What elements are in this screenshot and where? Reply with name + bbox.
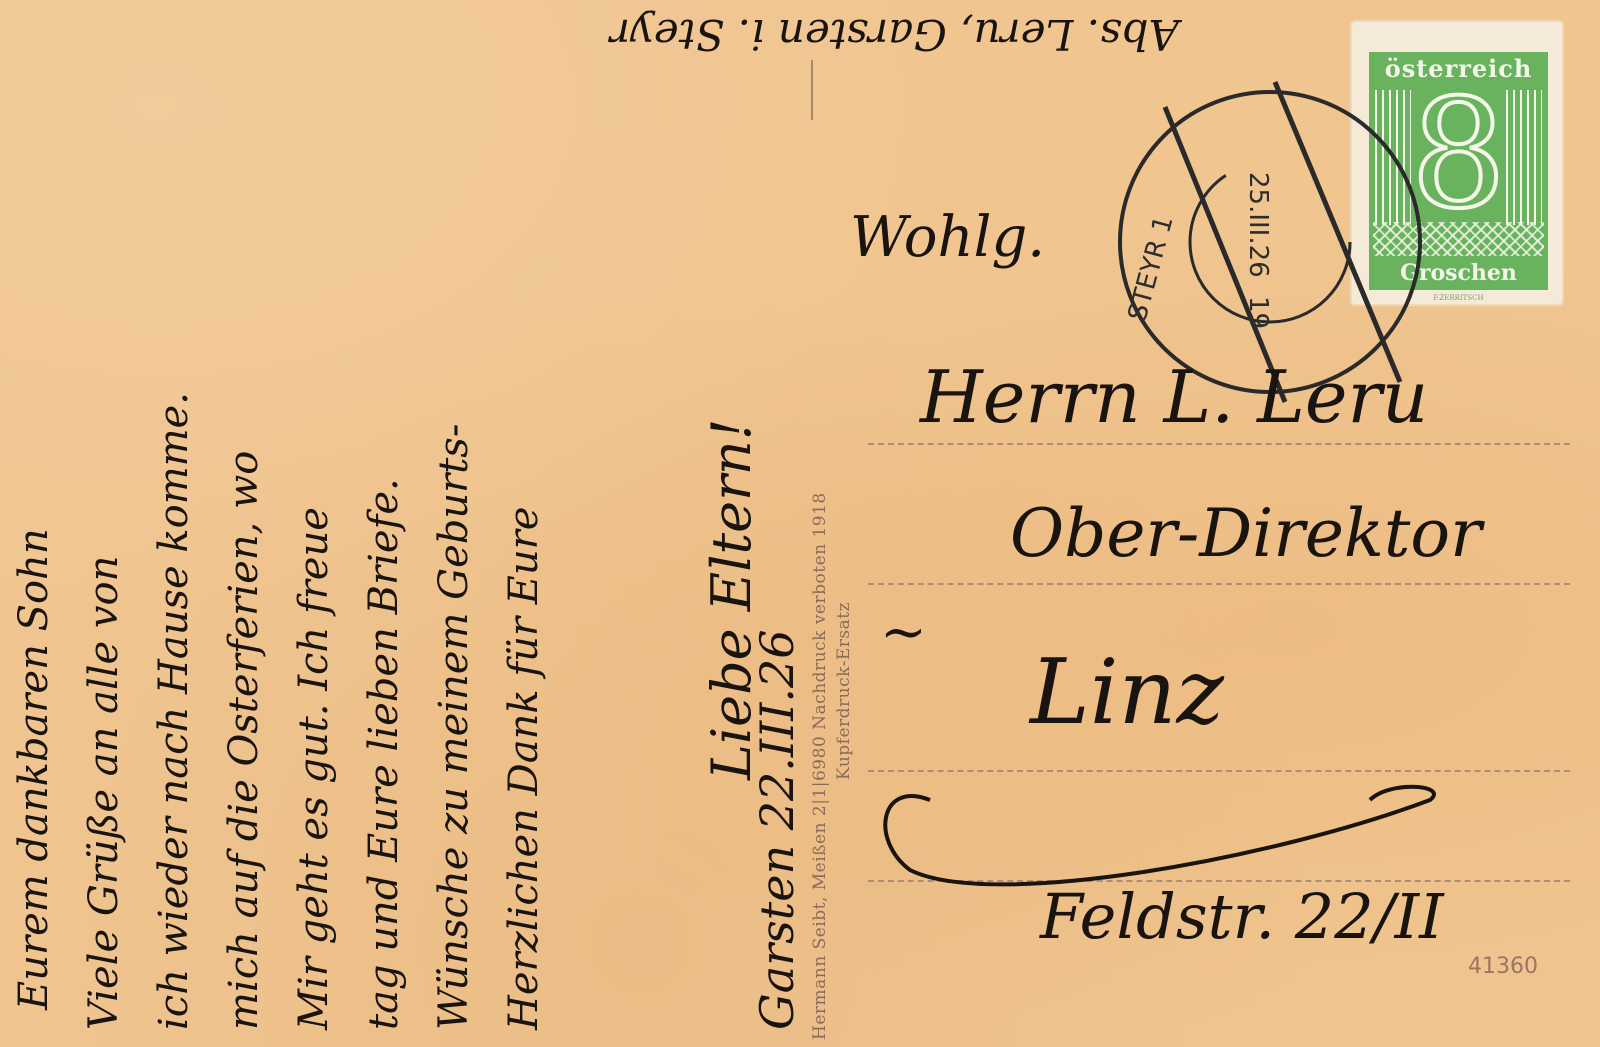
message-line: ich wieder nach Hause komme. [140, 392, 208, 1030]
address-recipient-title: Ober-Direktor [1010, 495, 1482, 572]
address-recipient-name: Herrn L. Leru [920, 355, 1428, 439]
postmark-date: 25.III.26 [1243, 172, 1273, 278]
postcard: Hermann Seibt, Meißen 2|1|6980 Nachdruck… [0, 0, 1600, 1047]
svg-text:25.III.26 19: 25.III.26 19 [1243, 172, 1273, 329]
postmark-cancellation: STEYR 1 25.III.26 19 [1110, 82, 1430, 402]
message-line: Viele Grüße an alle von [70, 556, 138, 1030]
center-divider [811, 60, 813, 120]
address-line-1 [868, 443, 1570, 445]
underline-flourish-icon [870, 780, 1470, 900]
message-line: tag und Eure lieben Briefe. [350, 478, 418, 1030]
address-dash: ~ [880, 600, 927, 665]
postmark-circle-icon: STEYR 1 25.III.26 19 [1110, 82, 1430, 402]
imprint-line-1: Hermann Seibt, Meißen 2|1|6980 Nachdruck… [810, 492, 834, 1040]
message-line: Eurem dankbaren Sohn [0, 528, 68, 1010]
message-line: Herzlichen Dank für Eure [490, 507, 558, 1030]
message-greeting: Liebe Eltern! [700, 419, 763, 780]
serial-number: 41360 [1468, 954, 1538, 979]
publisher-imprint: Hermann Seibt, Meißen 2|1|6980 Nachdruck… [810, 492, 854, 1040]
svg-text:STEYR 1: STEYR 1 [1123, 213, 1180, 325]
message-line: mich auf die Osterferien, wo [210, 451, 278, 1030]
address-city: Linz [1030, 640, 1224, 745]
imprint-line-2: Kupferdruck-Ersatz [834, 492, 854, 1040]
message-line: Mir geht es gut. Ich freue [280, 507, 348, 1030]
address-line-3 [868, 770, 1570, 772]
address-salutation: Wohlg. [850, 205, 1045, 270]
postmark-town: STEYR 1 [1123, 213, 1180, 325]
sender-note: Abs. Leru, Garsten i. Steyr [610, 10, 1179, 59]
address-line-2 [868, 583, 1570, 585]
message-line: Wünsche zu meinem Geburts- [420, 424, 488, 1030]
postmark-time: 19 [1243, 296, 1273, 329]
